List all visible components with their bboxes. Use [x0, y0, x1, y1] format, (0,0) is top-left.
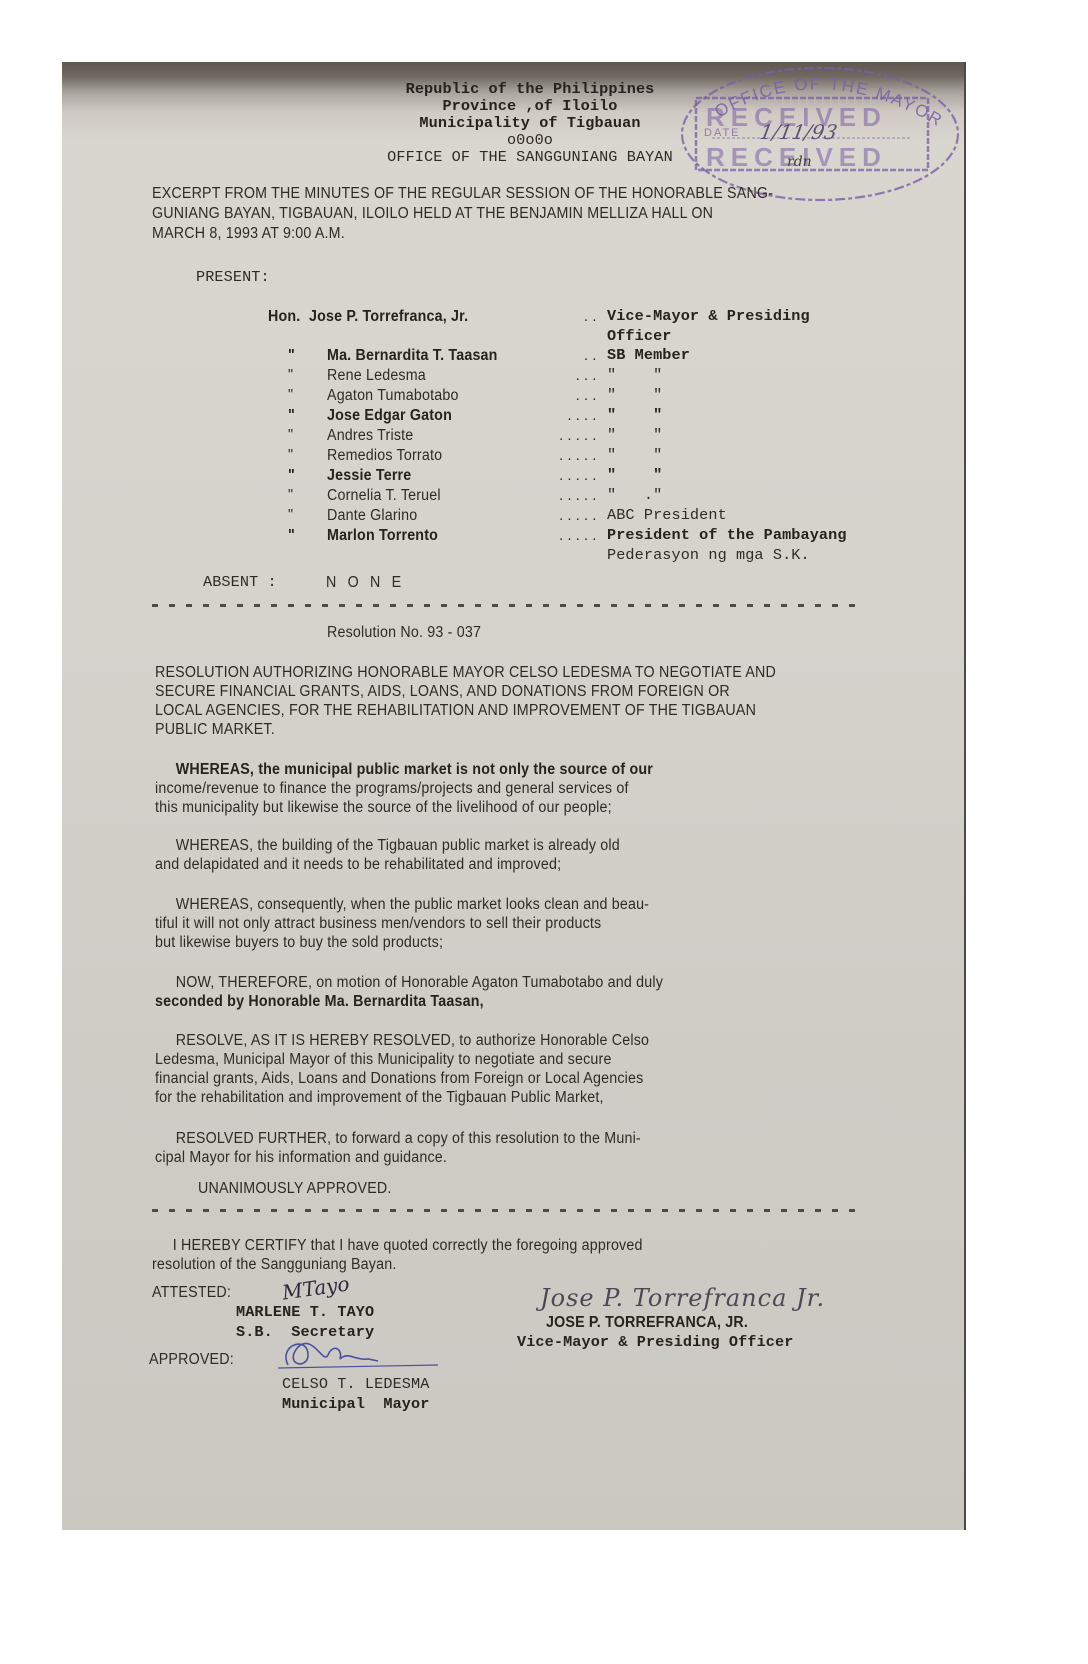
member-position: " " [607, 426, 662, 446]
resolution-title-2: SECURE FINANCIAL GRANTS, AIDS, LOANS, AN… [155, 682, 730, 702]
member-position: " " [607, 366, 662, 386]
body-line: RESOLVE, AS IT IS HEREBY RESOLVED, to au… [155, 1031, 649, 1051]
member-prefix: " [288, 406, 295, 426]
member-dots: . . [510, 346, 596, 366]
mayor-signature-icon [278, 1335, 458, 1375]
member-position: Vice-Mayor & Presiding [607, 307, 810, 327]
member-dots: . . . [510, 366, 596, 386]
member-name: Cornelia T. Teruel [327, 486, 441, 506]
member-dots: . . . . . [510, 486, 596, 506]
absent-label: ABSENT : [203, 573, 277, 593]
member-name: Andres Triste [327, 426, 413, 446]
present-label: PRESENT: [196, 268, 270, 288]
resolution-title-4: PUBLIC MARKET. [155, 720, 275, 740]
member-dots: . . . . [510, 406, 596, 426]
member-position: ABC President [607, 506, 727, 526]
section-divider-2 [152, 1209, 862, 1212]
member-name: Agaton Tumabotabo [327, 386, 459, 406]
resolution-title-3: LOCAL AGENCIES, FOR THE REHABILITATION A… [155, 701, 756, 721]
body-line: income/revenue to finance the programs/p… [155, 779, 629, 799]
member-dots: . . . . . [510, 466, 596, 486]
member-name: Marlon Torrento [327, 526, 438, 546]
resolution-number: Resolution No. 93 - 037 [327, 623, 481, 643]
excerpt-line-3: MARCH 8, 1993 AT 9:00 A.M. [152, 224, 345, 244]
presiding-title: Vice-Mayor & Presiding Officer [517, 1333, 793, 1353]
mayor-name: CELSO T. LEDESMA [282, 1375, 429, 1395]
member-dots: . . . . . [510, 446, 596, 466]
member-prefix: " [288, 506, 293, 526]
attested-label: ATTESTED: [152, 1283, 231, 1303]
stamp-initials: rdn [787, 154, 812, 170]
member-position: SB Member [607, 346, 690, 366]
header-office: OFFICE OF THE SANGGUNIANG BAYAN [340, 148, 720, 168]
presiding-signature: Jose P. Torrefranca Jr. [540, 1284, 825, 1312]
presiding-name: JOSE P. TORREFRANCA, JR. [546, 1313, 748, 1333]
resolution-title-1: RESOLUTION AUTHORIZING HONORABLE MAYOR C… [155, 663, 776, 683]
member-position: " " [607, 386, 662, 406]
body-line: WHEREAS, the building of the Tigbauan pu… [155, 836, 620, 856]
excerpt-line-2: GUNIANG BAYAN, TIGBAUAN, ILOILO HELD AT … [152, 204, 713, 224]
member-name: Remedios Torrato [327, 446, 442, 466]
member-dots: . . . . . [510, 506, 596, 526]
member-position: President of the Pambayang [607, 526, 847, 546]
member-dots: . . . . . [510, 526, 596, 546]
mayor-title: Municipal Mayor [282, 1395, 429, 1415]
member-prefix: Hon. [268, 307, 300, 327]
body-line: NOW, THEREFORE, on motion of Honorable A… [155, 973, 663, 993]
member-prefix: " [288, 466, 295, 486]
body-line: WHEREAS, the municipal public market is … [155, 760, 653, 780]
body-line: tiful it will not only attract business … [155, 914, 601, 934]
certification-line-2: resolution of the Sangguniang Bayan. [152, 1255, 396, 1275]
body-line: and delapidated and it needs to be rehab… [155, 855, 561, 875]
approved-label: APPROVED: [149, 1350, 234, 1370]
member-name: Jessie Terre [327, 466, 411, 486]
stamp-date-value: 1/11/93 [758, 120, 839, 144]
member-name: Dante Glarino [327, 506, 417, 526]
stamp-date-label: DATE [704, 127, 741, 139]
member-prefix: " [288, 426, 293, 446]
member-prefix: " [288, 486, 293, 506]
member-dots: . . [510, 307, 596, 327]
body-line: RESOLVED FURTHER, to forward a copy of t… [155, 1129, 641, 1149]
section-divider [152, 604, 862, 607]
member-name: Jose P. Torrefranca, Jr. [309, 307, 468, 327]
member-prefix: " [288, 366, 293, 386]
member-prefix: " [288, 526, 295, 546]
approval-statement: UNANIMOUSLY APPROVED. [198, 1179, 392, 1199]
body-line: but likewise buyers to buy the sold prod… [155, 933, 443, 953]
body-line: Ledesma, Municipal Mayor of this Municip… [155, 1050, 612, 1070]
absent-value: N O N E [326, 573, 405, 593]
member-position-cont: Pederasyon ng mga S.K. [607, 546, 810, 566]
member-position: " " [607, 406, 662, 426]
member-dots: . . . [510, 386, 596, 406]
member-dots: . . . . . [510, 426, 596, 446]
member-position-cont: Officer [607, 327, 672, 347]
body-line: cipal Mayor for his information and guid… [155, 1148, 447, 1168]
secretary-name: MARLENE T. TAYO [236, 1303, 374, 1323]
member-position: " " [607, 446, 662, 466]
excerpt-line-1: EXCERPT FROM THE MINUTES OF THE REGULAR … [152, 184, 773, 204]
member-name: Ma. Bernardita T. Taasan [327, 346, 498, 366]
member-prefix: " [288, 346, 295, 366]
body-line: seconded by Honorable Ma. Bernardita Taa… [155, 992, 484, 1012]
body-line: WHEREAS, consequently, when the public m… [155, 895, 649, 915]
body-line: this municipality but likewise the sourc… [155, 798, 612, 818]
body-line: for the rehabilitation and improvement o… [155, 1088, 604, 1108]
body-line: financial grants, Aids, Loans and Donati… [155, 1069, 643, 1089]
member-prefix: " [288, 386, 293, 406]
member-position: " ." [607, 486, 662, 506]
member-prefix: " [288, 446, 293, 466]
member-position: " " [607, 466, 662, 486]
member-name: Rene Ledesma [327, 366, 426, 386]
certification-line-1: I HEREBY CERTIFY that I have quoted corr… [152, 1236, 643, 1256]
member-name: Jose Edgar Gaton [327, 406, 452, 426]
